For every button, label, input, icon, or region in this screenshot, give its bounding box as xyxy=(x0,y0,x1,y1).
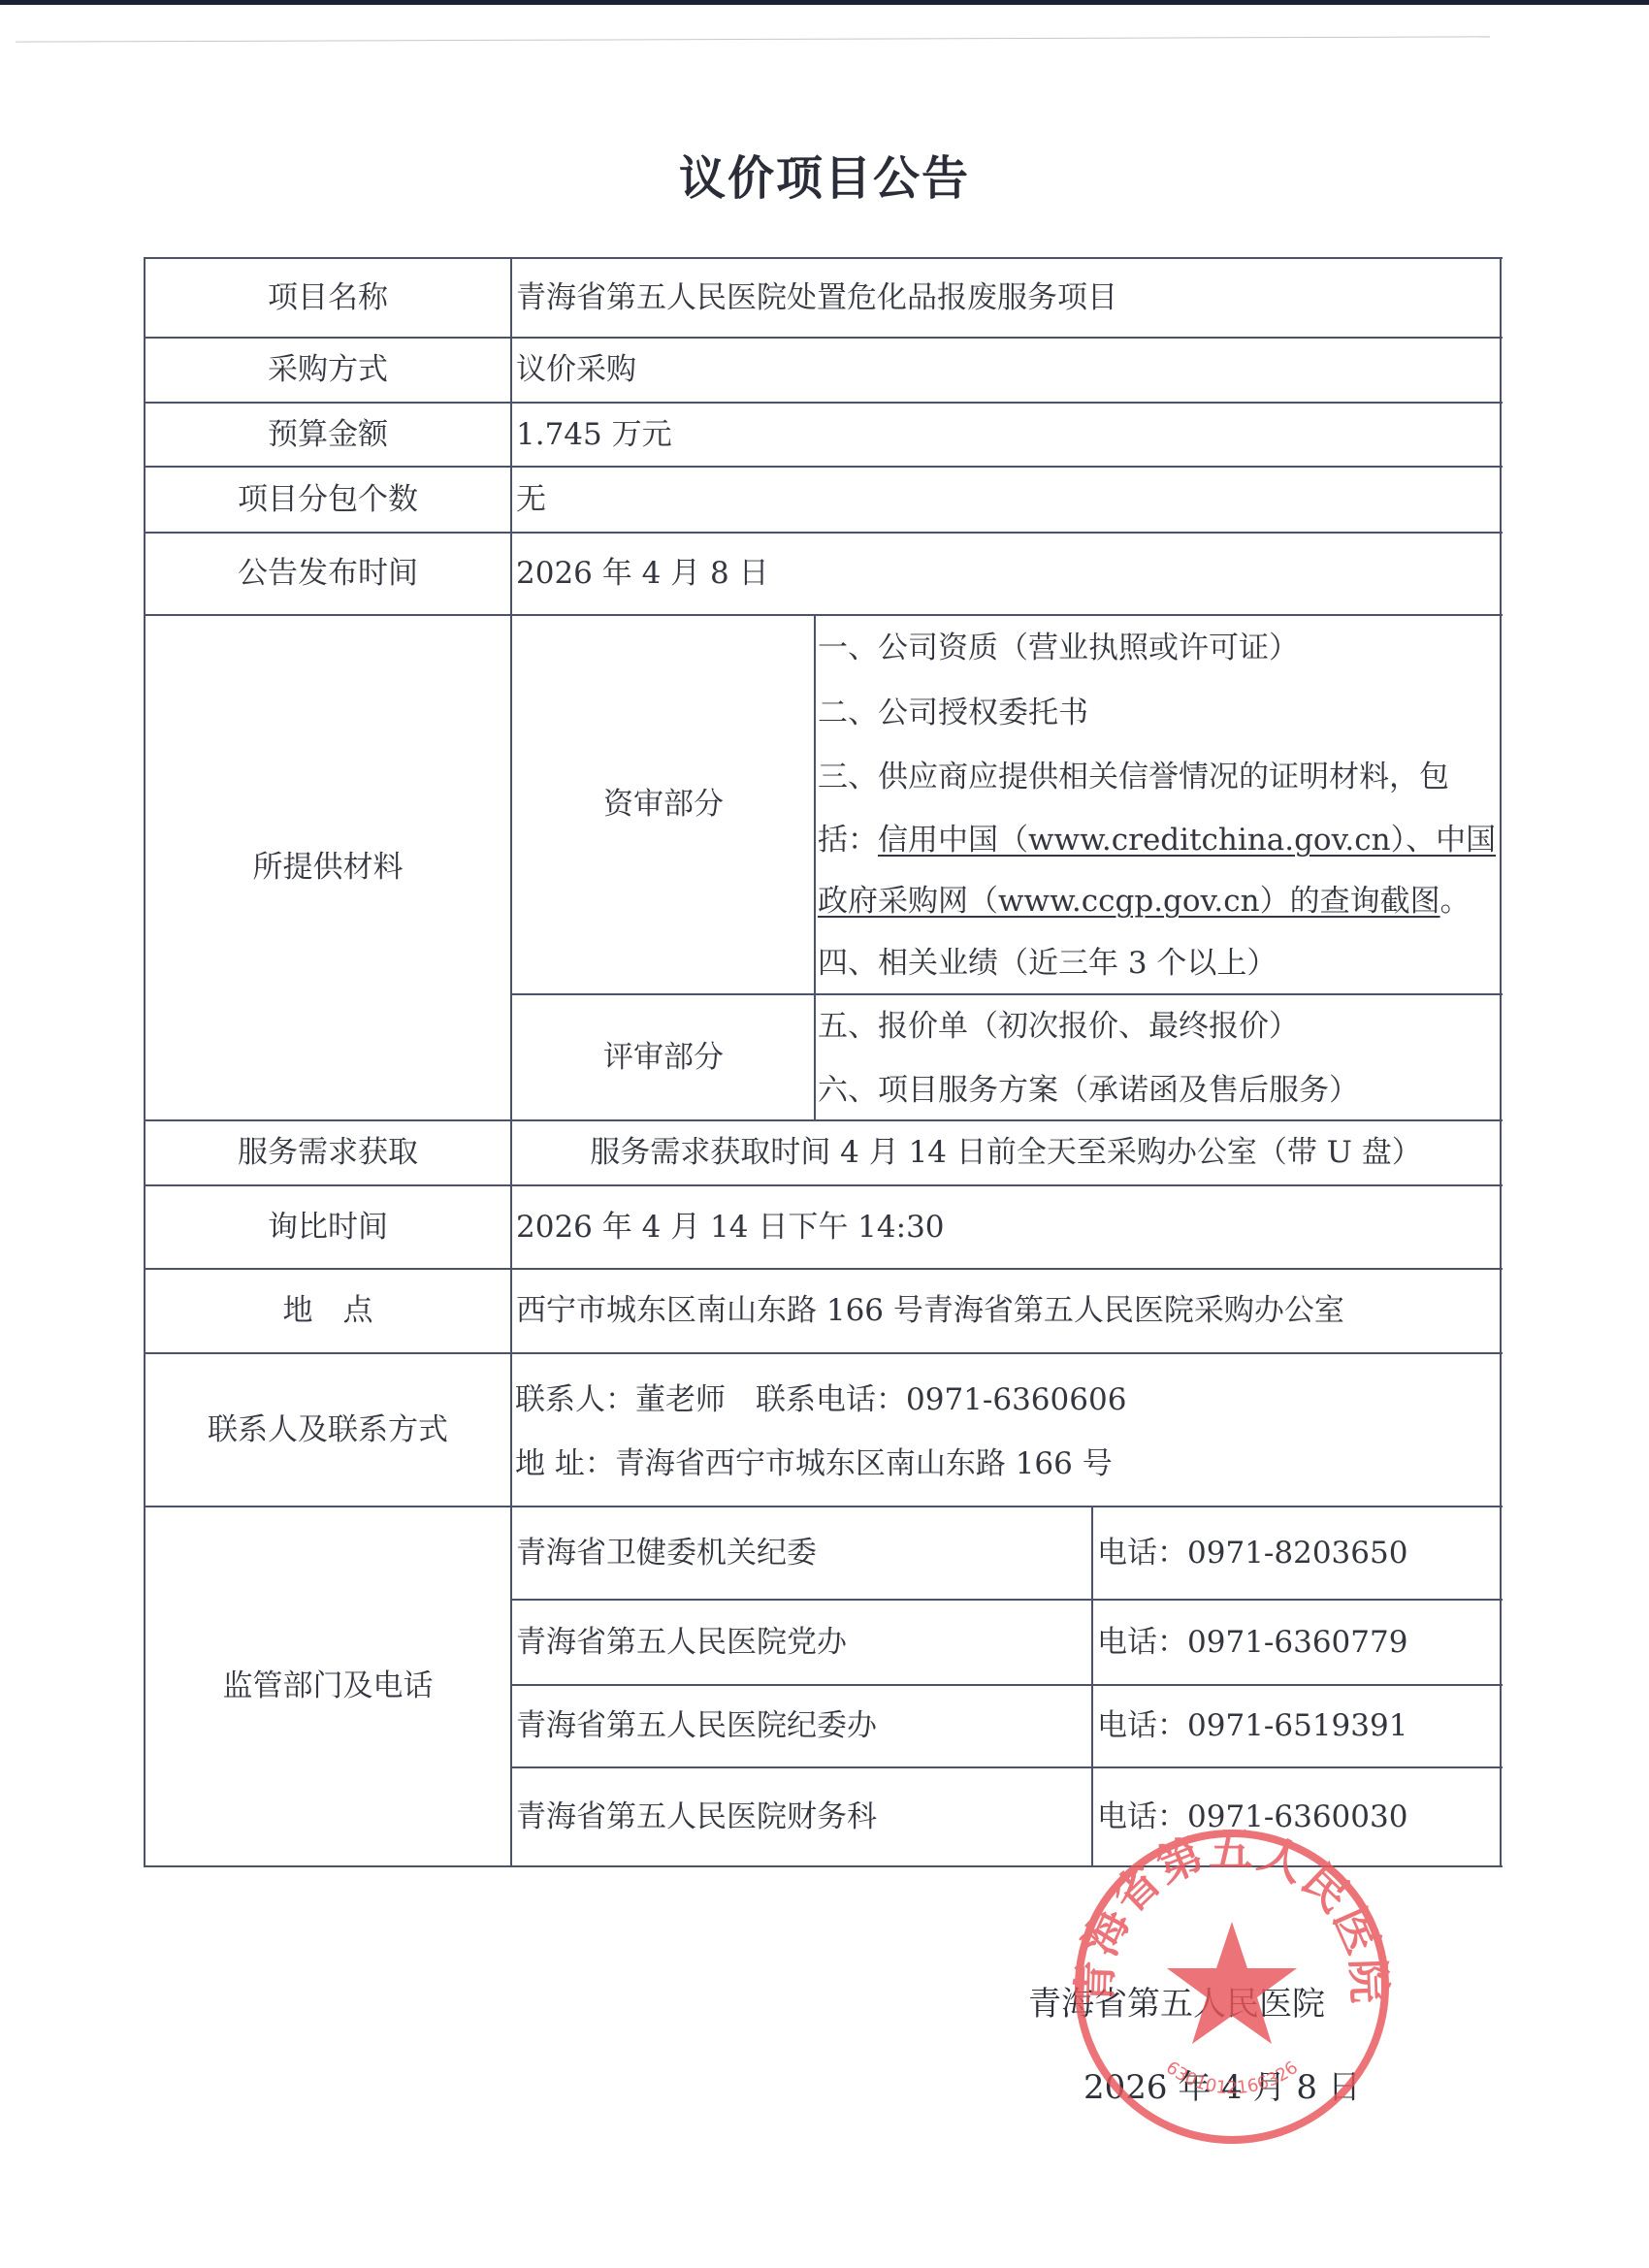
material-item-2: 二、公司授权委托书 xyxy=(818,698,1088,729)
material-item-3-cont: 括：信用中国（www.creditchina.gov.cn）、中国 xyxy=(818,826,1496,856)
svg-text:6301012166326: 6301012166326 xyxy=(1162,2057,1302,2098)
supervision-dept: 青海省第五人民医院党办 xyxy=(512,1600,1092,1685)
supervision-phone: 电话：0971-6519391 xyxy=(1093,1685,1501,1767)
ccgp-link-text: 政府采购网（www.ccgp.gov.cn）的查询截图 xyxy=(818,884,1440,919)
value-comparison-time: 2026 年 4 月 14 日下午 14:30 xyxy=(512,1185,1500,1269)
label-location: 地 点 xyxy=(145,1269,511,1353)
label-contact: 联系人及联系方式 xyxy=(145,1353,511,1507)
material-item-1: 一、公司资质（营业执照或许可证） xyxy=(818,633,1299,664)
label-review-section: 评审部分 xyxy=(512,994,815,1120)
label-materials: 所提供材料 xyxy=(145,615,511,1120)
material-item-3-prefix: 括： xyxy=(818,823,878,858)
label-comparison-time: 询比时间 xyxy=(145,1185,511,1269)
label-publish-date: 公告发布时间 xyxy=(145,533,511,615)
label-budget: 预算金额 xyxy=(145,403,511,467)
value-procurement-method: 议价采购 xyxy=(512,338,1500,403)
label-lot-count: 项目分包个数 xyxy=(145,467,511,533)
material-item-4: 四、相关业绩（近三年 3 个以上） xyxy=(818,949,1277,979)
supervision-dept: 青海省第五人民医院财务科 xyxy=(512,1767,1092,1866)
supervision-phone: 电话：0971-6360779 xyxy=(1093,1600,1501,1685)
label-supervision: 监管部门及电话 xyxy=(145,1507,511,1866)
material-item-3-cont2: 政府采购网（www.ccgp.gov.cn）的查询截图。 xyxy=(818,887,1471,917)
supervision-dept: 青海省卫健委机关纪委 xyxy=(512,1507,1092,1600)
material-item-5: 五、报价单（初次报价、最终报价） xyxy=(818,1012,1299,1042)
value-service-request: 服务需求获取时间 4 月 14 日前全天至采购办公室（带 U 盘） xyxy=(512,1120,1500,1185)
material-item-6: 六、项目服务方案（承诺函及售后服务） xyxy=(818,1076,1359,1106)
label-service-request: 服务需求获取 xyxy=(145,1120,511,1185)
seal-code: 6301012166326 xyxy=(1162,2057,1302,2098)
value-project-name: 青海省第五人民医院处置危化品报废服务项目 xyxy=(512,258,1500,338)
page-title: 议价项目公告 xyxy=(0,141,1649,208)
label-qualification-section: 资审部分 xyxy=(512,615,815,994)
value-contact-person: 联系人：董老师 联系电话：0971-6360606 xyxy=(515,1385,1126,1415)
value-contact-address: 地 址：青海省西宁市城东区南山东路 166 号 xyxy=(515,1449,1113,1479)
value-publish-date: 2026 年 4 月 8 日 xyxy=(512,533,1500,615)
scan-top-edge xyxy=(0,0,1649,5)
scan-artifact-line xyxy=(16,36,1490,42)
official-seal-icon: 青海省第五人民医院 6301012166326 xyxy=(1072,1827,1392,2147)
material-item-3: 三、供应商应提供相关信誉情况的证明材料，包 xyxy=(818,762,1449,793)
value-budget: 1.745 万元 xyxy=(512,403,1500,467)
supervision-phone: 电话：0971-8203650 xyxy=(1093,1507,1501,1600)
supervision-dept: 青海省第五人民医院纪委办 xyxy=(512,1685,1092,1767)
material-item-3-end: 。 xyxy=(1440,884,1471,919)
creditchina-link-text: 信用中国（www.creditchina.gov.cn）、中国 xyxy=(878,823,1496,858)
label-procurement-method: 采购方式 xyxy=(145,338,511,403)
label-project-name: 项目名称 xyxy=(145,258,511,338)
value-location: 西宁市城东区南山东路 166 号青海省第五人民医院采购办公室 xyxy=(512,1269,1500,1353)
value-lot-count: 无 xyxy=(512,467,1500,533)
